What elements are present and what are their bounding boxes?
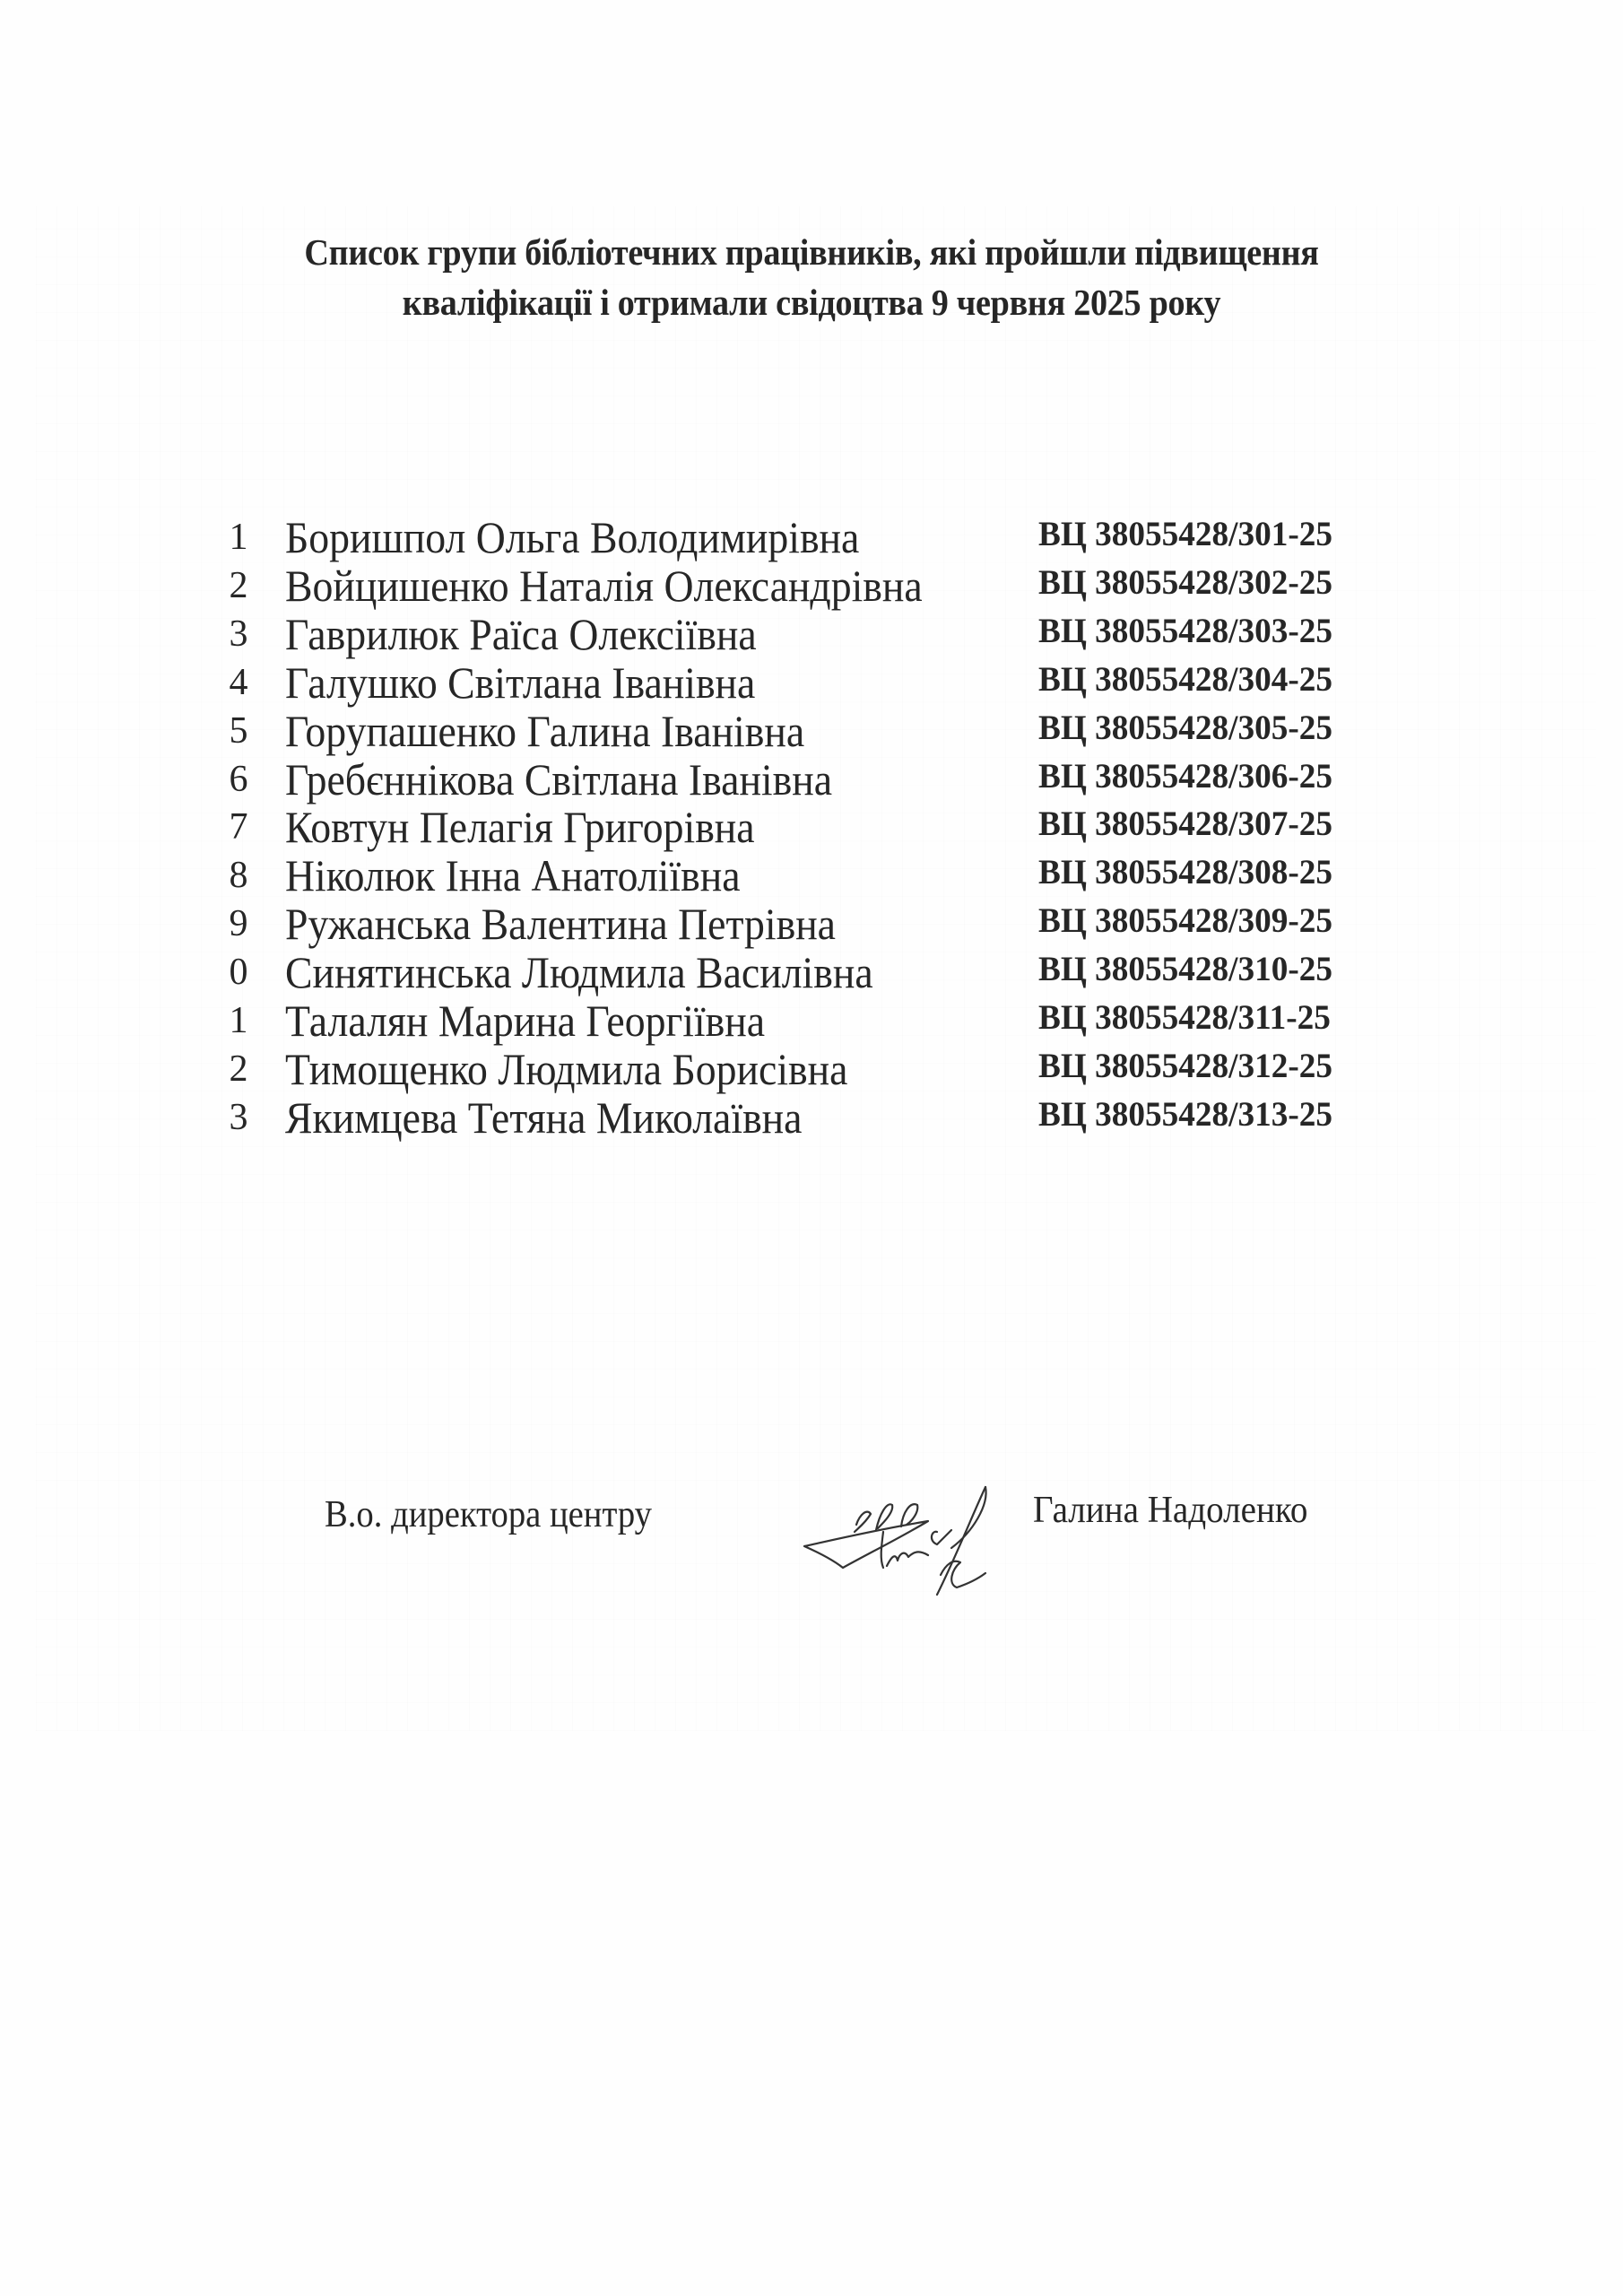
certificate-number: ВЦ 38055428/307-25 [1038,800,1332,848]
list-item: 6Гребєннікова Світлана ІванівнаВЦ 380554… [0,755,1623,804]
list-item: 3Якимцева Тетяна МиколаївнаВЦ 38055428/3… [0,1093,1623,1142]
certificate-number: ВЦ 38055428/312-25 [1038,1042,1332,1091]
participant-name: Ніколюк Інна Анатоліївна [285,851,740,900]
signature-icon [794,1478,1000,1604]
certificate-number: ВЦ 38055428/302-25 [1038,559,1332,607]
certificate-number: ВЦ 38055428/305-25 [1038,704,1332,752]
row-number: 1 [225,996,252,1045]
certificate-number: ВЦ 38055428/310-25 [1038,945,1332,994]
list-item: 8Ніколюк Інна АнатоліївнаВЦ 38055428/308… [0,851,1623,900]
row-number: 8 [225,851,252,900]
list-item: 1Талалян Марина ГеоргіївнаВЦ 38055428/31… [0,996,1623,1045]
participant-name: Якимцева Тетяна Миколаївна [285,1093,802,1142]
participant-name: Галушко Світлана Іванівна [285,658,755,707]
list-item: 4Галушко Світлана ІванівнаВЦ 38055428/30… [0,658,1623,707]
row-number: 7 [225,803,252,851]
certificate-number: ВЦ 38055428/304-25 [1038,656,1332,704]
certificate-number: ВЦ 38055428/303-25 [1038,607,1332,656]
document-page: Список групи бібліотечних працівників, я… [0,0,1623,2296]
certificate-number: ВЦ 38055428/308-25 [1038,848,1332,897]
participant-name: Горупашенко Галина Іванівна [285,707,804,755]
certificate-number: ВЦ 38055428/313-25 [1038,1091,1332,1139]
row-number: 3 [225,1093,252,1142]
list-item: 2Тимощенко Людмила БорисівнаВЦ 38055428/… [0,1045,1623,1093]
participant-name: Талалян Марина Георгіївна [285,996,765,1045]
list-item: 3Гаврилюк Раїса ОлексіївнаВЦ 38055428/30… [0,610,1623,658]
participant-name: Боришпол Ольга Володимирівна [285,513,859,561]
list-item: 1Боришпол Ольга ВолодимирівнаВЦ 38055428… [0,513,1623,561]
signer-position: В.о. директора центру [325,1492,652,1538]
participant-name: Тимощенко Людмила Борисівна [285,1045,847,1093]
list-item: 7Ковтун Пелагія ГригорівнаВЦ 38055428/30… [0,803,1623,851]
row-number: 1 [225,513,252,561]
row-number: 3 [225,610,252,658]
participant-name: Гребєннікова Світлана Іванівна [285,755,832,804]
certificate-number: ВЦ 38055428/309-25 [1038,897,1332,945]
certificate-number: ВЦ 38055428/301-25 [1038,510,1332,559]
list-item: 5Горупашенко Галина ІванівнаВЦ 38055428/… [0,707,1623,755]
participant-name: Войцишенко Наталія Олександрівна [285,561,923,610]
row-number: 4 [225,658,252,707]
row-number: 9 [225,900,252,948]
row-number: 2 [225,561,252,610]
row-number: 2 [225,1045,252,1093]
row-number: 5 [225,707,252,755]
certificate-number: ВЦ 38055428/311-25 [1038,994,1331,1042]
list-item: 9Ружанська Валентина ПетрівнаВЦ 38055428… [0,900,1623,948]
participant-name: Гаврилюк Раїса Олексіївна [285,610,757,658]
document-title-line-1: Список групи бібліотечних працівників, я… [56,227,1566,277]
certificate-number: ВЦ 38055428/306-25 [1038,752,1332,801]
signer-name: Галина Надоленко [1033,1487,1307,1534]
row-number: 6 [225,755,252,804]
participant-name: Ружанська Валентина Петрівна [285,900,836,948]
document-title-line-2: кваліфікації і отримали свідоцтва 9 черв… [56,277,1566,327]
row-number: 0 [225,948,252,996]
list-item: 0Синятинська Людмила ВасилівнаВЦ 3805542… [0,948,1623,996]
participant-name: Синятинська Людмила Василівна [285,948,873,996]
signature-block: В.о. директора центру Галина Надоленко [0,1471,1623,1605]
list-item: 2Войцишенко Наталія ОлександрівнаВЦ 3805… [0,561,1623,610]
participant-name: Ковтун Пелагія Григорівна [285,803,755,851]
